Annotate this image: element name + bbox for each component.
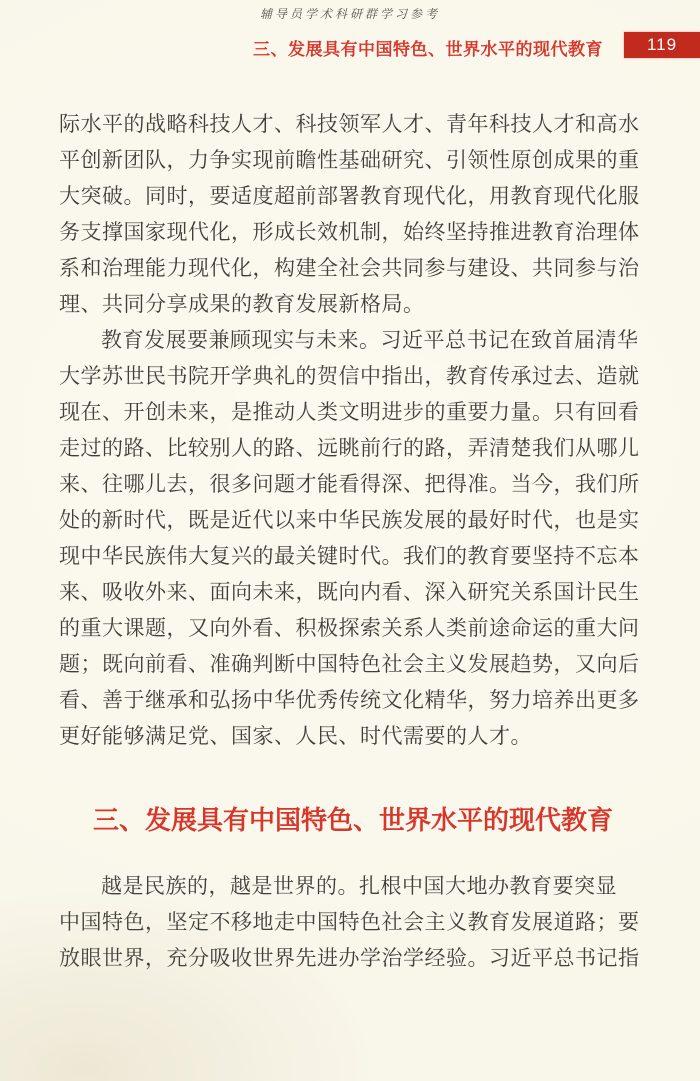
text-line: 现在、开创未来，是推动人类文明进步的重要力量。只有回看 [59,394,647,430]
text-line: 来、往哪儿去，很多问题才能看得深、把得准。当今，我们所 [59,466,647,502]
paragraph-2: 教育发展要兼顾现实与未来。习近平总书记在致首届清华 大学苏世民书院开学典礼的贺信… [59,322,647,754]
running-header-title: 三、发展具有中国特色、世界水平的现代教育 [253,35,603,60]
text-line: 越是民族的，越是世界的。扎根中国大地办教育要突显 [59,868,647,904]
paragraph-1: 际水平的战略科技人才、科技领军人才、青年科技人才和高水 平创新团队，力争实现前瞻… [59,106,647,322]
section-heading: 三、发展具有中国特色、世界水平的现代教育 [59,800,647,840]
booklet-label: 辅导员学术科研群学习参考 [0,5,700,22]
text-line: 平创新团队，力争实现前瞻性基础研究、引领性原创成果的重 [59,142,647,178]
body-text: 际水平的战略科技人才、科技领军人才、青年科技人才和高水 平创新团队，力争实现前瞻… [59,106,647,976]
text-line: 系和治理能力现代化，构建全社会共同参与建设、共同参与治 [59,250,647,286]
text-line: 走过的路、比较别人的路、远眺前行的路，弄清楚我们从哪儿 [59,430,647,466]
text-line: 务支撑国家现代化，形成长效机制，始终坚持推进教育治理体 [59,214,647,250]
text-line: 来、吸收外来、面向未来，既向内看、深入研究关系国计民生 [59,574,647,610]
text-line: 理、共同分享成果的教育发展新格局。 [59,286,647,322]
text-line: 教育发展要兼顾现实与未来。习近平总书记在致首届清华 [59,322,647,358]
text-line: 大突破。同时，要适度超前部署教育现代化，用教育现代化服 [59,178,647,214]
text-line: 更好能够满足党、国家、人民、时代需要的人才。 [59,718,647,754]
text-line: 的重大课题，又向外看、积极探索关系人类前途命运的重大问 [59,610,647,646]
book-page: { "header": { "booklet_label": "辅导员学术科研群… [0,0,700,1081]
text-line: 现中华民族伟大复兴的最关键时代。我们的教育要坚持不忘本 [59,538,647,574]
text-line: 中国特色，坚定不移地走中国特色社会主义教育发展道路；要 [59,904,647,940]
text-line: 题；既向前看、准确判断中国特色社会主义发展趋势，又向后 [59,646,647,682]
text-line: 放眼世界，充分吸收世界先进办学治学经验。习近平总书记指 [59,940,647,976]
text-line: 处的新时代，既是近代以来中华民族发展的最好时代，也是实 [59,502,647,538]
page-number: 119 [647,35,677,55]
paragraph-3: 越是民族的，越是世界的。扎根中国大地办教育要突显 中国特色，坚定不移地走中国特色… [59,868,647,976]
page-number-badge: 119 [624,32,700,58]
text-line: 看、善于继承和弘扬中华优秀传统文化精华，努力培养出更多 [59,682,647,718]
text-line: 际水平的战略科技人才、科技领军人才、青年科技人才和高水 [59,106,647,142]
text-line: 大学苏世民书院开学典礼的贺信中指出，教育传承过去、造就 [59,358,647,394]
